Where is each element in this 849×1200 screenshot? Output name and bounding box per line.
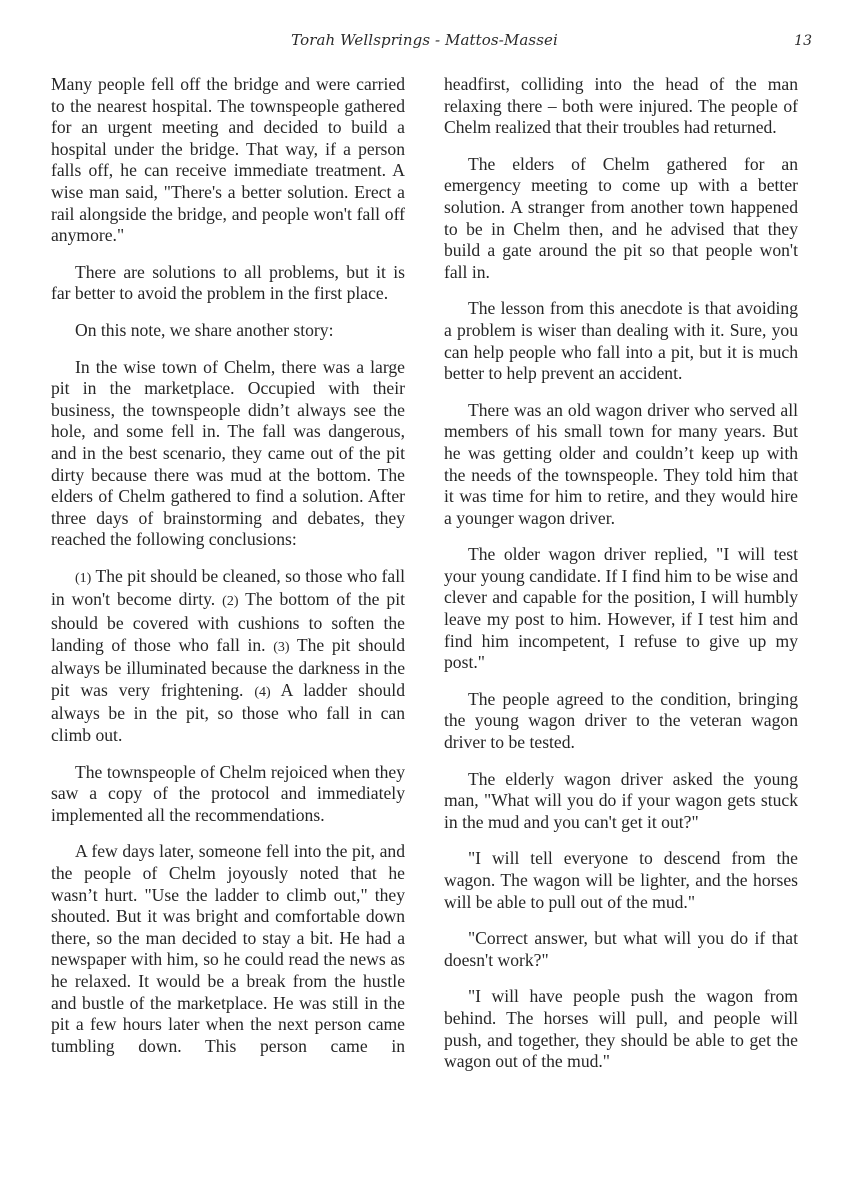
page-number: 13: [794, 33, 812, 49]
list-number: (4): [254, 685, 270, 700]
paragraph: The elderly wagon driver asked the young…: [444, 769, 798, 834]
paragraph: "Correct answer, but what will you do if…: [444, 928, 798, 971]
conclusions-list: (1) The pit should be cleaned, so those …: [51, 566, 405, 747]
paragraph: The people agreed to the condition, brin…: [444, 689, 798, 754]
paragraph: In the wise town of Chelm, there was a l…: [51, 357, 405, 551]
paragraph: The elders of Chelm gathered for an emer…: [444, 154, 798, 284]
paragraph: The townspeople of Chelm rejoiced when t…: [51, 762, 405, 827]
list-number: (3): [273, 640, 289, 655]
paragraph: A few days later, someone fell into the …: [51, 841, 405, 1057]
list-number: (2): [222, 594, 238, 609]
right-column: headfirst, colliding into the head of th…: [444, 74, 798, 1088]
paragraph: The older wagon driver replied, "I will …: [444, 544, 798, 674]
left-column: Many people fell off the bridge and were…: [51, 74, 405, 1072]
paragraph: "I will tell everyone to descend from th…: [444, 848, 798, 913]
paragraph: "I will have people push the wagon from …: [444, 986, 798, 1072]
paragraph: headfirst, colliding into the head of th…: [444, 74, 798, 139]
page-header: Torah Wellsprings - Mattos-Massei 13: [0, 31, 849, 57]
paragraph: There are solutions to all problems, but…: [51, 262, 405, 305]
list-number: (1): [75, 571, 91, 586]
paragraph: The lesson from this anecdote is that av…: [444, 298, 798, 384]
paragraph: On this note, we share another story:: [51, 320, 405, 342]
paragraph: There was an old wagon driver who served…: [444, 400, 798, 530]
paragraph: Many people fell off the bridge and were…: [51, 74, 405, 247]
running-title: Torah Wellsprings - Mattos-Massei: [0, 31, 849, 49]
